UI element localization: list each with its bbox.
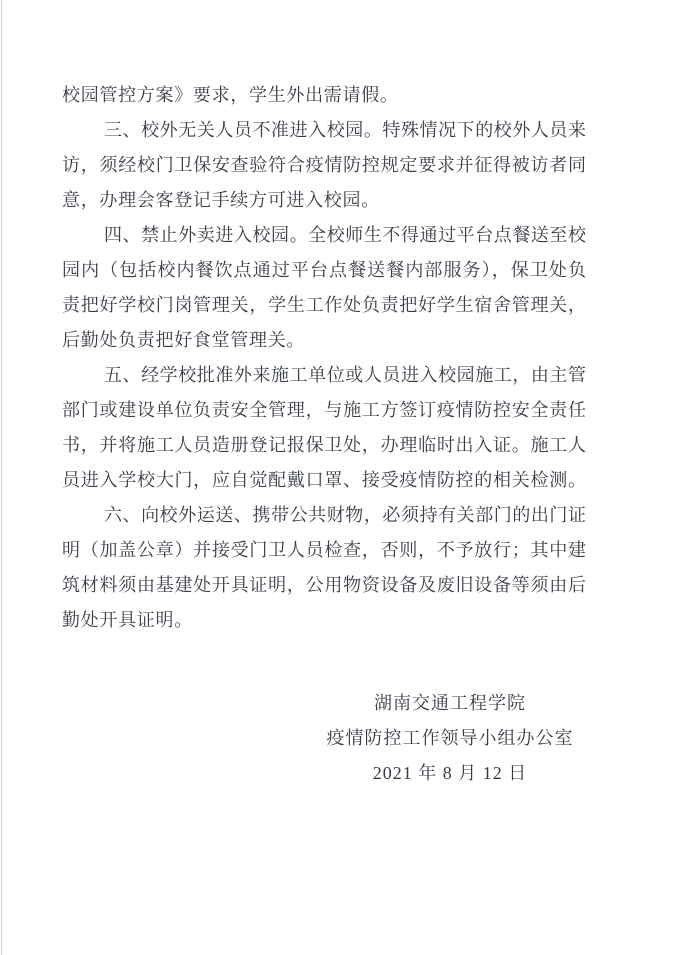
signature-org-name: 湖南交通工程学院 bbox=[300, 686, 600, 721]
document-line: 园内（包括校内餐饮点通过平台点餐送餐内部服务），保卫处负 bbox=[62, 253, 586, 288]
document-line: 六、向校外运送、携带公共财物，必须持有关部门的出门证 bbox=[62, 498, 586, 533]
document-line: 后勤处负责把好食堂管理关。 bbox=[62, 323, 586, 358]
signature-org-office: 疫情防控工作领导小组办公室 bbox=[300, 721, 600, 756]
document-line: 访，须经校门卫保安查验符合疫情防控规定要求并征得被访者同 bbox=[62, 148, 586, 183]
document-line: 意，办理会客登记手续方可进入校园。 bbox=[62, 183, 586, 218]
signature-date: 2021 年 8 月 12 日 bbox=[300, 756, 600, 791]
document-body: 校园管控方案》要求，学生外出需请假。 三、校外无关人员不准进入校园。特殊情况下的… bbox=[62, 78, 586, 638]
document-line: 勤处开具证明。 bbox=[62, 603, 586, 638]
document-line: 书，并将施工人员造册登记报保卫处，办理临时出入证。施工人 bbox=[62, 428, 586, 463]
document-line: 明（加盖公章）并接受门卫人员检查，否则，不予放行；其中建 bbox=[62, 533, 586, 568]
document-line: 校园管控方案》要求，学生外出需请假。 bbox=[62, 78, 586, 113]
document-line: 四、禁止外卖进入校园。全校师生不得通过平台点餐送至校 bbox=[62, 218, 586, 253]
document-page: 校园管控方案》要求，学生外出需请假。 三、校外无关人员不准进入校园。特殊情况下的… bbox=[0, 0, 680, 955]
signature-block: 湖南交通工程学院 疫情防控工作领导小组办公室 2021 年 8 月 12 日 bbox=[300, 686, 600, 791]
document-line: 责把好学校门岗管理关，学生工作处负责把好学生宿舍管理关， bbox=[62, 288, 586, 323]
page-edge-line bbox=[1, 0, 2, 955]
document-line: 五、经学校批准外来施工单位或人员进入校园施工，由主管 bbox=[62, 358, 586, 393]
document-line: 员进入学校大门，应自觉配戴口罩、接受疫情防控的相关检测。 bbox=[62, 463, 586, 498]
document-line: 筑材料须由基建处开具证明，公用物资设备及废旧设备等须由后 bbox=[62, 568, 586, 603]
document-line: 部门或建设单位负责安全管理，与施工方签订疫情防控安全责任 bbox=[62, 393, 586, 428]
document-line: 三、校外无关人员不准进入校园。特殊情况下的校外人员来 bbox=[62, 113, 586, 148]
